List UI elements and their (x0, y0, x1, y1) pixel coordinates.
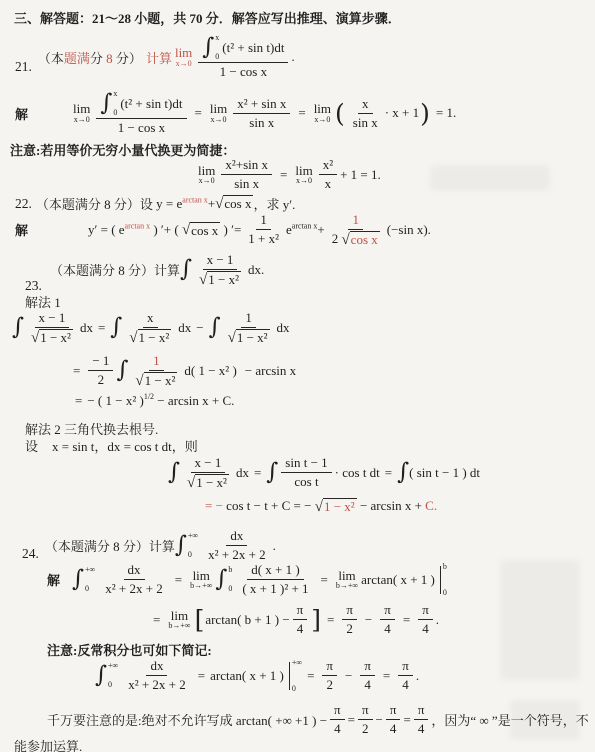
math-text: arctan( b + 1 ) − (205, 612, 289, 628)
fraction-numerator: ∫x0 (t² + sin t)dt (198, 34, 288, 63)
note-label: 注意: (47, 640, 77, 659)
constant: C. (425, 498, 437, 514)
method-2-line-1: ∫ x − 1√1 − x² dx = ∫ sin t − 1cos t · c… (168, 455, 480, 491)
right-paren: ) (420, 101, 430, 126)
warning-text: 能参加运算. (14, 736, 82, 752)
integral-sign: ∫ (12, 317, 24, 339)
equals-sign: = (73, 363, 80, 379)
fraction: x − 1√1 − x² (27, 310, 77, 346)
integral-sign: ∫ (180, 259, 192, 281)
square-root: √1 − x² (199, 271, 241, 288)
fraction: π4 (293, 602, 308, 637)
evaluation-bar: +∞0 (284, 659, 302, 693)
square-root: √1 − x² (135, 372, 177, 389)
question-24-solution-1: 解 ∫+∞0 dxx² + 2x + 2 = limb→+∞ ∫b0 d( x … (47, 562, 447, 597)
limit: limb→+∞ (336, 569, 358, 591)
equals-sign: = (307, 668, 314, 684)
period: . (273, 538, 276, 554)
equals-sign: = (348, 712, 355, 728)
question-21-solution: 解 limx→0 ∫x0 (t² + sin t)dt 1 − cos x = … (15, 90, 456, 136)
integral-bounds: b0 (228, 566, 232, 593)
fraction: x²+sin xsin x (221, 157, 272, 192)
let-label: 设 (25, 436, 38, 455)
math-text: y′ = ( earctan x ) ′+ ( (88, 222, 182, 238)
question-21-stem: 21. （本题满分 8 分） 计算 limx→0 ∫x0 (t² + sin t… (15, 34, 295, 80)
limit: limb→+∞ (168, 609, 190, 631)
equals-sign: = (383, 668, 390, 684)
limit: limx→0 (210, 102, 227, 124)
differential: dx (178, 320, 191, 336)
integral-sign: ∫ (168, 462, 180, 484)
integral: ∫x0 (100, 90, 120, 117)
fraction: dxx² + 2x + 2 (204, 528, 270, 563)
scanned-exam-solutions-page: 三、解答题：21～28 小题，共 70 分．解答应写出推理、演算步骤． 21. … (0, 0, 595, 752)
equals-sign: = (280, 167, 287, 183)
fraction: π4 (414, 702, 429, 737)
fraction: 1√1 − x² (131, 353, 181, 389)
fraction: dxx² + 2x + 2 (124, 658, 190, 693)
equals-sign: = (385, 465, 392, 481)
minus-sign: − (345, 668, 352, 684)
minus-sign: − (376, 712, 383, 728)
evaluation-bar: b0 (435, 563, 447, 597)
fraction: x²x (319, 157, 337, 192)
fraction: π4 (386, 702, 401, 737)
given-label: 设 (140, 194, 156, 213)
square-root: √1 − x² (228, 329, 270, 346)
method-2-substitution: 设 x = sin t，dx = cos t dt，则 (25, 436, 198, 455)
method-1-line-2: = − 12 ∫ 1√1 − x² d( 1 − x² ) − arcsin x (68, 353, 296, 389)
fraction: 11 + x² (244, 212, 283, 247)
fraction-denominator: 1 − cos x (216, 63, 271, 80)
left-paren: ( (335, 101, 345, 126)
score-note: （本题满分 8 分） (45, 536, 149, 555)
compute-label: 计算 (146, 48, 172, 67)
warning-text: ，因为“ ∞ ”是一个符号，不 (431, 710, 588, 729)
integral-sign: ∫ (110, 317, 122, 339)
integral: ∫+∞0 (72, 566, 98, 593)
minus-sign: − (365, 612, 372, 628)
equals-sign: = (175, 572, 182, 588)
limit: limx→0 (198, 164, 215, 186)
integral: ∫+∞0 (95, 662, 121, 689)
math-text: d( 1 − x² ) (184, 363, 236, 379)
fraction: dxx² + 2x + 2 (101, 562, 167, 597)
fraction-denominator: √1 − x² (195, 270, 245, 288)
differential: dx (236, 465, 249, 481)
question-number: 21. (15, 59, 32, 75)
fraction: π2 (358, 702, 373, 737)
warning-line-2: 能参加运算. (14, 736, 82, 752)
math-text: arctan( x + 1 ) (361, 572, 435, 588)
question-24-stem: 24. （本题满分 8 分） 计算 ∫+∞0 dxx² + 2x + 2 . (22, 528, 276, 563)
math-text: x = sin t，dx = cos t dt，则 (52, 436, 198, 455)
math-text: earctan x (286, 222, 317, 238)
question-24-note: 注意: 反常积分也可如下简记: (47, 640, 212, 659)
period: . (291, 49, 294, 65)
compute-label: 计算 (149, 536, 175, 555)
integral-sign: ∫ (266, 462, 278, 484)
math-text: (−sin x). (387, 222, 431, 238)
square-root: √cos x (215, 195, 253, 212)
math-text: arctan( x + 1 ) (210, 668, 284, 684)
method-1-line-1: ∫ x − 1√1 − x² dx = ∫ x√1 − x² dx − ∫ 1√… (12, 310, 290, 346)
score-note: （本题满分 8 分） (50, 260, 154, 279)
integral-bounds: +∞0 (188, 532, 198, 559)
period: . (416, 668, 419, 684)
left-bracket: [ (195, 607, 205, 632)
score-note: （本题满分 8 分） (38, 48, 142, 67)
warning-text: 千万要注意的是:绝对不允许写成 arctan( +∞ +1 ) − (47, 710, 327, 729)
square-root: √1 − x² (129, 329, 171, 346)
fraction: − 12 (88, 353, 113, 388)
differential: dx (80, 320, 93, 336)
integral-sign: ∫ (397, 462, 409, 484)
period: . (436, 612, 439, 628)
math-text: ) ′= (220, 222, 241, 238)
compute-label: 计算 (154, 260, 180, 279)
integral: ∫x0 (202, 34, 222, 61)
equals-sign: = (198, 668, 205, 684)
square-root: √cos x (341, 231, 379, 248)
equals-sign: = (403, 712, 410, 728)
math-text: · x + 1 (385, 105, 419, 121)
method-2-line-2: = − cos t − t + C = − √1 − x² − arcsin x… (205, 498, 437, 515)
solution-label: 解 (15, 104, 28, 123)
fraction-denominator: 2 √cos x (328, 230, 384, 248)
math-text: ，求 y′. (253, 194, 295, 213)
exponent: 1/2 (144, 392, 154, 401)
differential: dx. (248, 262, 264, 278)
fraction: π4 (398, 658, 413, 693)
method-1-title: 解法 1 (25, 292, 61, 311)
equals-sign: = (254, 465, 261, 481)
question-22-solution: 解 y′ = ( earctan x ) ′+ ( √cos x ) ′= 11… (15, 212, 431, 248)
integral: ∫+∞0 (175, 532, 201, 559)
fraction: ∫x0 (t² + sin t)dt 1 − cos x (96, 90, 186, 136)
fraction-denominator: 1 − cos x (114, 119, 169, 136)
integral-bounds: x0 (215, 34, 219, 61)
scan-smudge (500, 560, 580, 680)
question-24-note-equation: ∫+∞0 dxx² + 2x + 2 = arctan( x + 1 ) +∞0… (95, 658, 419, 693)
exponent: arctan x (182, 195, 208, 204)
equals-sign: = (403, 612, 410, 628)
fraction: sin t − 1cos t (281, 455, 331, 490)
exponent: arctan x (292, 221, 318, 230)
square-root: √1 − x² (31, 329, 73, 346)
fraction: π4 (418, 602, 433, 637)
fraction: π2 (322, 658, 337, 693)
integral-sign: ∫ (116, 360, 128, 382)
question-number: 24. (22, 546, 39, 562)
math-text: · cos t dt (335, 465, 380, 481)
integral-bounds: +∞0 (85, 566, 95, 593)
solution-label: 解 (47, 570, 60, 589)
integral: ∫b0 (215, 566, 235, 593)
math-text: − arcsin x (245, 363, 296, 379)
scan-smudge (430, 165, 550, 191)
exponent: arctan x (125, 221, 151, 230)
fraction: π4 (330, 702, 345, 737)
integral-bounds: x0 (113, 90, 117, 117)
equals-sign: = (75, 393, 82, 409)
limit: limx→0 (314, 102, 331, 124)
square-root: √cos x (182, 222, 220, 239)
limit: limx→0 (295, 164, 312, 186)
fraction: x − 1√1 − x² (183, 455, 233, 491)
result: = 1. (436, 105, 456, 121)
fraction: π4 (360, 658, 375, 693)
integral-bounds: +∞0 (108, 662, 118, 689)
integral-sign: ∫ (209, 317, 221, 339)
plus-sign: + (317, 222, 324, 238)
fraction: 1 2 √cos x (328, 212, 384, 248)
limit: limb→+∞ (190, 569, 212, 591)
method-1-line-3: = − ( 1 − x² )1/2 − arcsin x + C. (70, 393, 234, 409)
note-text: 反常积分也可如下简记: (77, 640, 211, 659)
note-label: 注意: (10, 140, 40, 159)
math-text: cos t − t + C = − (223, 498, 315, 514)
question-21-alt-equation: limx→0 x²+sin xsin x = limx→0 x²x + 1 = … (195, 157, 381, 192)
equals-sign: = (298, 105, 305, 121)
plus-sign: + (208, 196, 215, 212)
math-text: y = earctan x (156, 196, 208, 212)
fraction: x² + sin xsin x (233, 96, 290, 131)
result: + 1 = 1. (340, 167, 381, 183)
square-root: √1 − x² (315, 498, 357, 515)
solution-label: 解 (15, 220, 28, 239)
score-note: （本题满分 8 分） (36, 194, 140, 213)
fraction: d( x + 1 )( x + 1 )² + 1 (238, 562, 312, 597)
differential: dx (277, 320, 290, 336)
warning-line-1: 千万要注意的是:绝对不允许写成 arctan( +∞ +1 ) − π4 = π… (47, 702, 589, 737)
section-header: 三、解答题：21～28 小题，共 70 分．解答应写出推理、演算步骤． (14, 8, 401, 27)
equals-sign: = (327, 612, 334, 628)
fraction: x − 1 √1 − x² (195, 252, 245, 288)
right-bracket: ] (311, 607, 321, 632)
equals-sign: = (153, 612, 160, 628)
limit: limx→0 (73, 102, 90, 124)
square-root: √1 − x² (187, 474, 229, 491)
fraction: x√1 − x² (125, 310, 175, 346)
equals-sign: = (195, 105, 202, 121)
question-number: 22. (15, 196, 32, 212)
fraction-numerator: ∫x0 (t² + sin t)dt (96, 90, 186, 119)
fraction: xsin x (349, 96, 382, 131)
math-text: ( sin t − 1 ) dt (409, 465, 480, 481)
fraction: 1√1 − x² (224, 310, 274, 346)
equals-sign: = (321, 572, 328, 588)
fraction: π2 (342, 602, 357, 637)
question-23-stem: （本题满分 8 分） 计算 ∫ x − 1 √1 − x² dx. (50, 252, 264, 288)
section-header-text: 三、解答题：21～28 小题，共 70 分．解答应写出推理、演算步骤． (14, 8, 401, 27)
equals-sign: = (98, 320, 105, 336)
fraction: π4 (380, 602, 395, 637)
math-text: − arcsin x + (357, 498, 425, 514)
fraction: ∫x0 (t² + sin t)dt 1 − cos x (198, 34, 288, 80)
question-22-stem: 22. （本题满分 8 分） 设 y = earctan x + √cos x … (15, 194, 295, 213)
limit: limx→0 (175, 46, 192, 68)
question-24-solution-2: = limb→+∞ [ arctan( b + 1 ) − π4 ] = π2 … (148, 602, 439, 637)
math-text: = − (205, 498, 223, 514)
math-text: − ( 1 − x² )1/2 − arcsin x + C. (87, 393, 234, 409)
minus-sign: − (196, 320, 203, 336)
